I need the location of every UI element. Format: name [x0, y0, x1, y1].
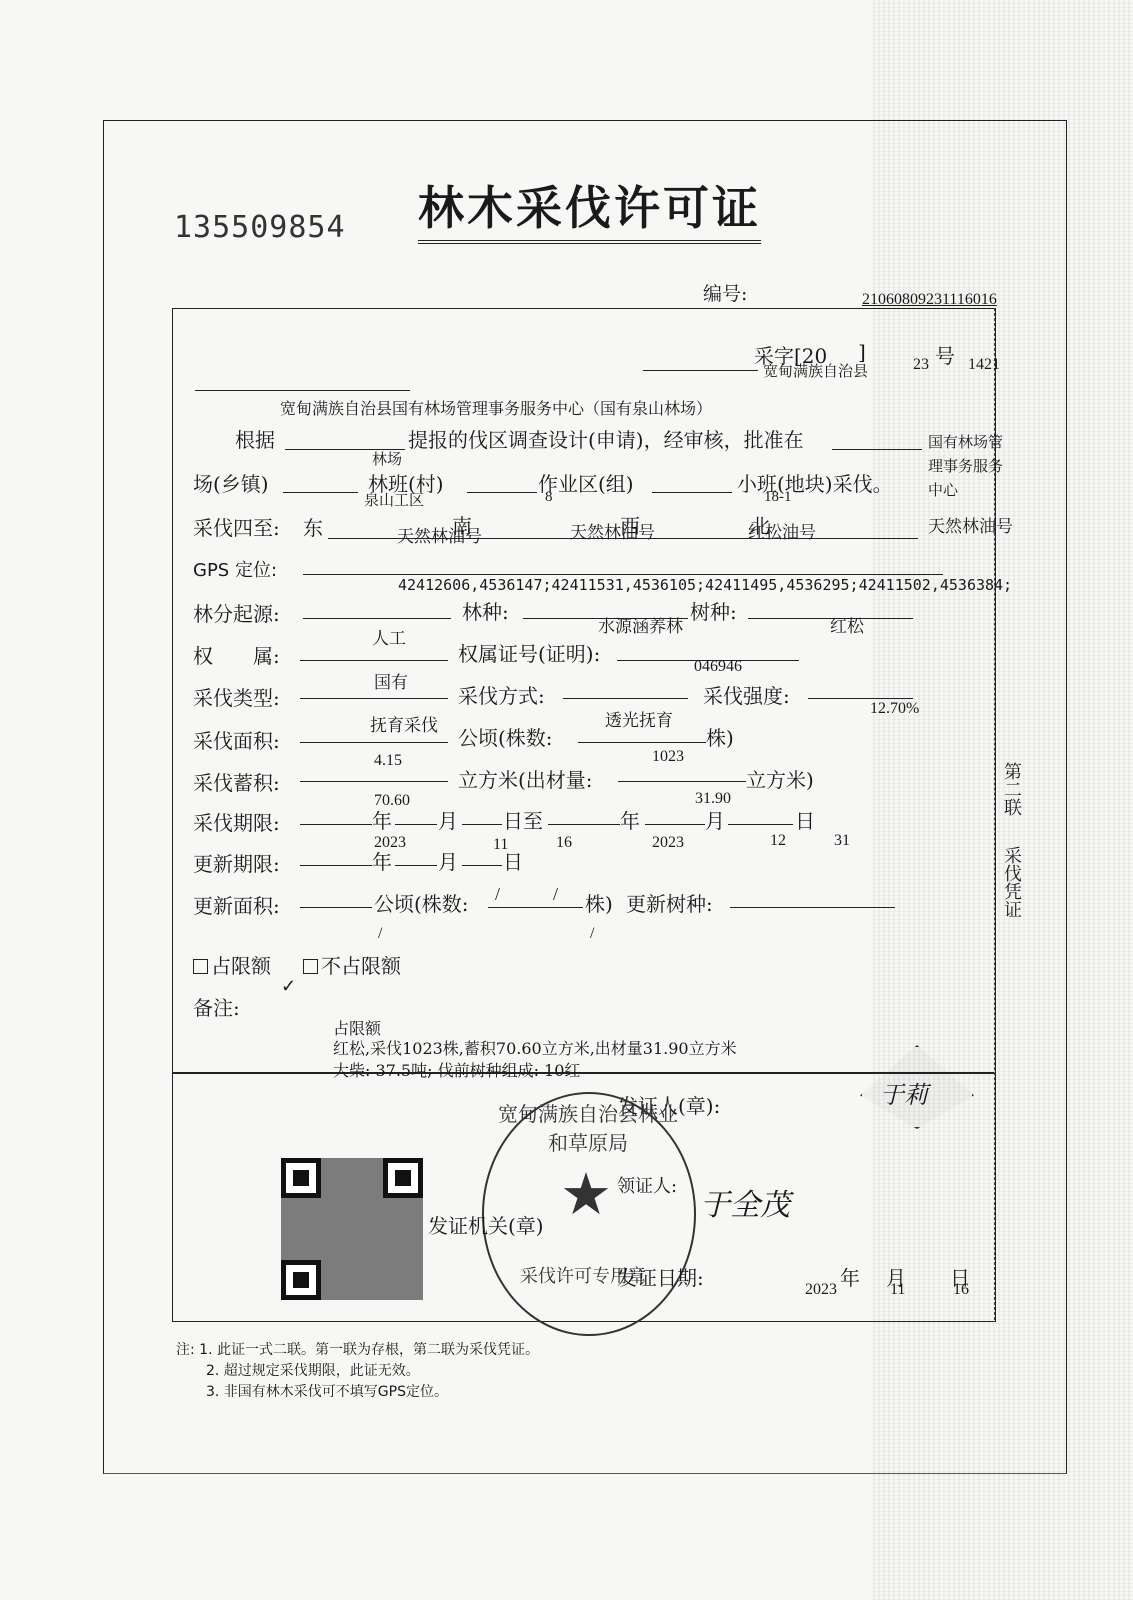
- not-occupy-label: 不占限额: [321, 954, 401, 978]
- date-year-label: 年: [840, 1262, 860, 1291]
- period-end-year-line: [548, 824, 620, 825]
- ref-label: 采字[20: [754, 340, 827, 369]
- renewal-species: /: [590, 925, 594, 943]
- period-end-month-line: [645, 824, 705, 825]
- area-label: 采伐面积:: [193, 725, 280, 754]
- cert-label: 权属证号(证明):: [458, 638, 600, 667]
- period-end-year: 2023: [652, 834, 684, 852]
- renewal-area-label: 更新面积:: [193, 890, 280, 919]
- intensity-value: 12.70%: [870, 700, 919, 718]
- renewal-year-line: [300, 865, 372, 866]
- renewal-count: /: [495, 884, 500, 905]
- authority-label: 发证机关(章): [428, 1210, 544, 1239]
- quota-occupy[interactable]: 占限额: [193, 950, 271, 979]
- boundaries-label: 采伐四至:: [193, 512, 280, 541]
- qr-code: [281, 1158, 423, 1300]
- document-title: 林木采伐许可证: [418, 172, 761, 244]
- period-year-label: 年: [372, 805, 392, 834]
- farm-label: 场(乡镇): [193, 468, 269, 497]
- area-line: [300, 742, 448, 743]
- volume-label: 采伐蓄积:: [193, 767, 280, 796]
- ref-prefix-line: [643, 370, 758, 371]
- period-end-day-line: [728, 824, 793, 825]
- xiaoban-label: 小班(地块)采伐。: [737, 468, 893, 497]
- stamp-text-top: 宽甸满族自治县林业和草原局: [498, 1098, 678, 1156]
- zone-fill: 8: [545, 489, 553, 506]
- linban-fill: 泉山工区: [364, 489, 424, 510]
- forest-type-label: 林种:: [462, 596, 509, 625]
- period-start-day-line: [462, 824, 502, 825]
- area-unit-label: 公顷(株数:: [458, 722, 553, 751]
- east-label: 东: [303, 512, 323, 541]
- note-1: 1. 此证一式二联。第一联为存根，第二联为采伐凭证。: [199, 1342, 539, 1358]
- renewal-period-label: 更新期限:: [193, 848, 280, 877]
- date-label: 发证日期:: [617, 1262, 704, 1291]
- period-month-label: 月: [438, 805, 458, 834]
- applicant-line: [195, 390, 410, 391]
- checkbox-not-occupy[interactable]: [303, 959, 318, 974]
- area-value: 4.15: [374, 752, 402, 770]
- approved-unit: 国有林场管理事务服务中心: [928, 430, 1008, 502]
- date-year: 2023: [805, 1281, 837, 1299]
- receiver-signature: 于全茂: [700, 1180, 790, 1224]
- ref-hao: 号: [935, 340, 955, 369]
- east-value: 天然林油号: [397, 522, 482, 547]
- checkbox-occupy[interactable]: [193, 959, 208, 974]
- remarks-label: 备注:: [193, 992, 240, 1021]
- zone-line: [467, 492, 537, 493]
- note-2: 2. 超过规定采伐期限，此证无效。: [176, 1361, 539, 1382]
- south-value: 天然林油号: [570, 518, 655, 543]
- renewal-day-label: 日: [503, 846, 523, 875]
- forest-type-value: 水源涵养林: [598, 612, 683, 637]
- footnotes: 注: 1. 此证一式二联。第一联为存根，第二联为采伐凭证。 2. 超过规定采伐期…: [176, 1340, 539, 1403]
- intensity-line: [808, 698, 913, 699]
- period-end-month-label: 月: [705, 805, 725, 834]
- remarks-line-3: 大柴: 37.5吨; 伐前树种组成: 10红: [333, 1058, 580, 1081]
- renewal-unit-label: 公顷(株数:: [374, 888, 469, 917]
- west-value: 红松油号: [748, 518, 816, 543]
- ref-close: ]: [858, 340, 866, 364]
- period-end-day: 31: [834, 832, 850, 850]
- cert-value: 046946: [694, 658, 742, 676]
- period-end-year-label: 年: [620, 805, 640, 834]
- volume-unit-close: 立方米): [746, 764, 814, 793]
- ownership-line: [300, 660, 448, 661]
- method-label: 采伐方式:: [458, 680, 545, 709]
- applicant: 宽甸满族自治县国有林场管理事务服务中心（国有泉山林场）: [280, 396, 712, 419]
- ref-hao-fill: 1421: [968, 356, 1000, 374]
- count-value: 1023: [652, 748, 684, 766]
- remarks-line-2: 红松,采伐1023株,蓄积70.60立方米,出材量31.90立方米: [333, 1036, 737, 1059]
- gps-value: 42412606,4536147;42411531,4536105;424114…: [398, 576, 1012, 594]
- area-unit-close: 株): [706, 722, 734, 751]
- origin-line: [303, 618, 451, 619]
- farm-fill: 林场: [372, 448, 402, 469]
- volume-unit-label: 立方米(出材量:: [458, 764, 593, 793]
- origin-value: 人工: [372, 624, 406, 649]
- renewal-month-label: 月: [438, 846, 458, 875]
- basis-mid: 提报的伐区调查设计(申请)，经审核，批准在: [408, 424, 804, 453]
- period-start-day: 16: [556, 834, 572, 852]
- logging-type-label: 采伐类型:: [193, 682, 280, 711]
- origin-label: 林分起源:: [193, 598, 280, 627]
- count-line: [578, 742, 706, 743]
- xiaoban-line: [652, 492, 732, 493]
- output-line: [618, 781, 746, 782]
- basis-label: 根据: [235, 424, 275, 453]
- receiver-label: 领证人:: [617, 1172, 677, 1198]
- personal-seal-text: 于莉: [880, 1075, 928, 1110]
- species-value: 红松: [830, 612, 864, 637]
- logging-type-value: 抚育采伐: [370, 711, 438, 736]
- renewal-unit-close: 株): [585, 888, 613, 917]
- ref-year: 23: [913, 356, 929, 374]
- renewal-species-line: [730, 907, 895, 908]
- method-value: 透光抚育: [605, 706, 673, 731]
- period-end-day-label: 日: [795, 805, 815, 834]
- renewal-month-line: [395, 865, 437, 866]
- period-label: 采伐期限:: [193, 807, 280, 836]
- period-start-year-line: [300, 824, 372, 825]
- species-label: 树种:: [690, 596, 737, 625]
- number-label: 编号:: [703, 279, 747, 306]
- note-3: 3. 非国有林木采伐可不填写GPS定位。: [176, 1382, 539, 1403]
- ownership-value: 国有: [374, 668, 408, 693]
- xiaoban-fill: 18-1: [764, 489, 792, 506]
- farm-line: [283, 492, 358, 493]
- occupy-label: 占限额: [211, 954, 271, 978]
- renewal-species-label: 更新树种:: [626, 888, 713, 917]
- number-value: 21060809231116016: [862, 291, 997, 309]
- ownership-label: 权 属:: [193, 640, 280, 669]
- serial-number: 135509854: [174, 210, 346, 245]
- renewal-count2: /: [553, 884, 558, 905]
- gps-label: GPS 定位:: [193, 556, 277, 582]
- renewal-area-line: [300, 907, 372, 908]
- renewal-area-value: /: [378, 925, 382, 943]
- approved-line: [832, 449, 922, 450]
- copy-purpose: 采伐凭证: [1000, 846, 1022, 918]
- renewal-year-label: 年: [372, 846, 392, 875]
- north-value: 天然林油号: [928, 512, 1013, 537]
- renewal-count-line: [488, 907, 583, 908]
- period-end-month: 12: [770, 832, 786, 850]
- gps-line: [303, 574, 943, 575]
- date-day: 16: [953, 1281, 969, 1299]
- period-to-label: 日至: [503, 805, 543, 834]
- copy-label: 第二联: [1000, 762, 1022, 816]
- logging-type-line: [300, 698, 448, 699]
- check-mark-icon: ✓: [281, 976, 296, 997]
- star-icon: ★: [560, 1160, 612, 1228]
- method-line: [563, 698, 688, 699]
- intensity-label: 采伐强度:: [703, 680, 790, 709]
- section-divider: [172, 1072, 994, 1074]
- notes-prefix: 注:: [176, 1342, 195, 1358]
- renewal-day-line: [462, 865, 502, 866]
- quota-not-occupy[interactable]: 不占限额: [303, 950, 401, 979]
- period-start-month-line: [395, 824, 437, 825]
- date-month: 11: [890, 1281, 905, 1299]
- volume-line: [300, 781, 448, 782]
